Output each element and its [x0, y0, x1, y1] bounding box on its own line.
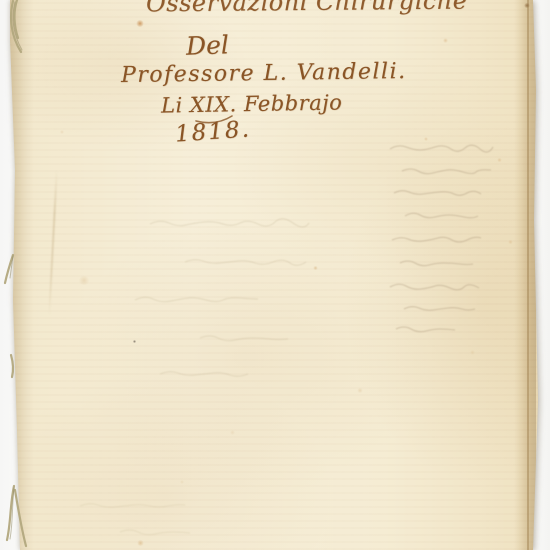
del-line: Del: [186, 30, 230, 60]
foxing-spot: [313, 266, 318, 270]
binding-gutter-shadow: [10, 0, 34, 550]
foxing-spot: [137, 540, 144, 546]
foxing-spot: [357, 388, 363, 393]
author-line: Professore L. Vandelli.: [121, 59, 407, 88]
foxing-spot: [136, 20, 144, 27]
foxing-spot: [424, 137, 428, 141]
foxing-spot: [497, 158, 502, 162]
fore-edge-shading: [514, 0, 536, 550]
title-line: Osservazioni Chirurgiche: [146, 0, 468, 17]
foxing-spot: [470, 350, 475, 355]
foxing-spot: [180, 480, 184, 484]
foxing-spot: [524, 3, 530, 8]
year-line: 1818.: [174, 116, 251, 147]
manuscript-cover-page: Osservazioni Chirurgiche Del Professore …: [0, 0, 550, 550]
manuscript-photo: Osservazioni Chirurgiche Del Professore …: [0, 0, 550, 550]
foxing-spot: [443, 38, 448, 43]
foxing-spot: [230, 430, 235, 435]
foxing-spot: [78, 276, 90, 285]
foxing-spot: [60, 130, 64, 134]
paper-shadow-wrap: Osservazioni Chirurgiche Del Professore …: [0, 0, 550, 550]
date-line: Li XIX. Febbrajo: [161, 90, 343, 117]
underlying-page-edge: [527, 0, 529, 550]
foxing-spot: [508, 240, 513, 244]
foxing-spot: [133, 340, 136, 343]
